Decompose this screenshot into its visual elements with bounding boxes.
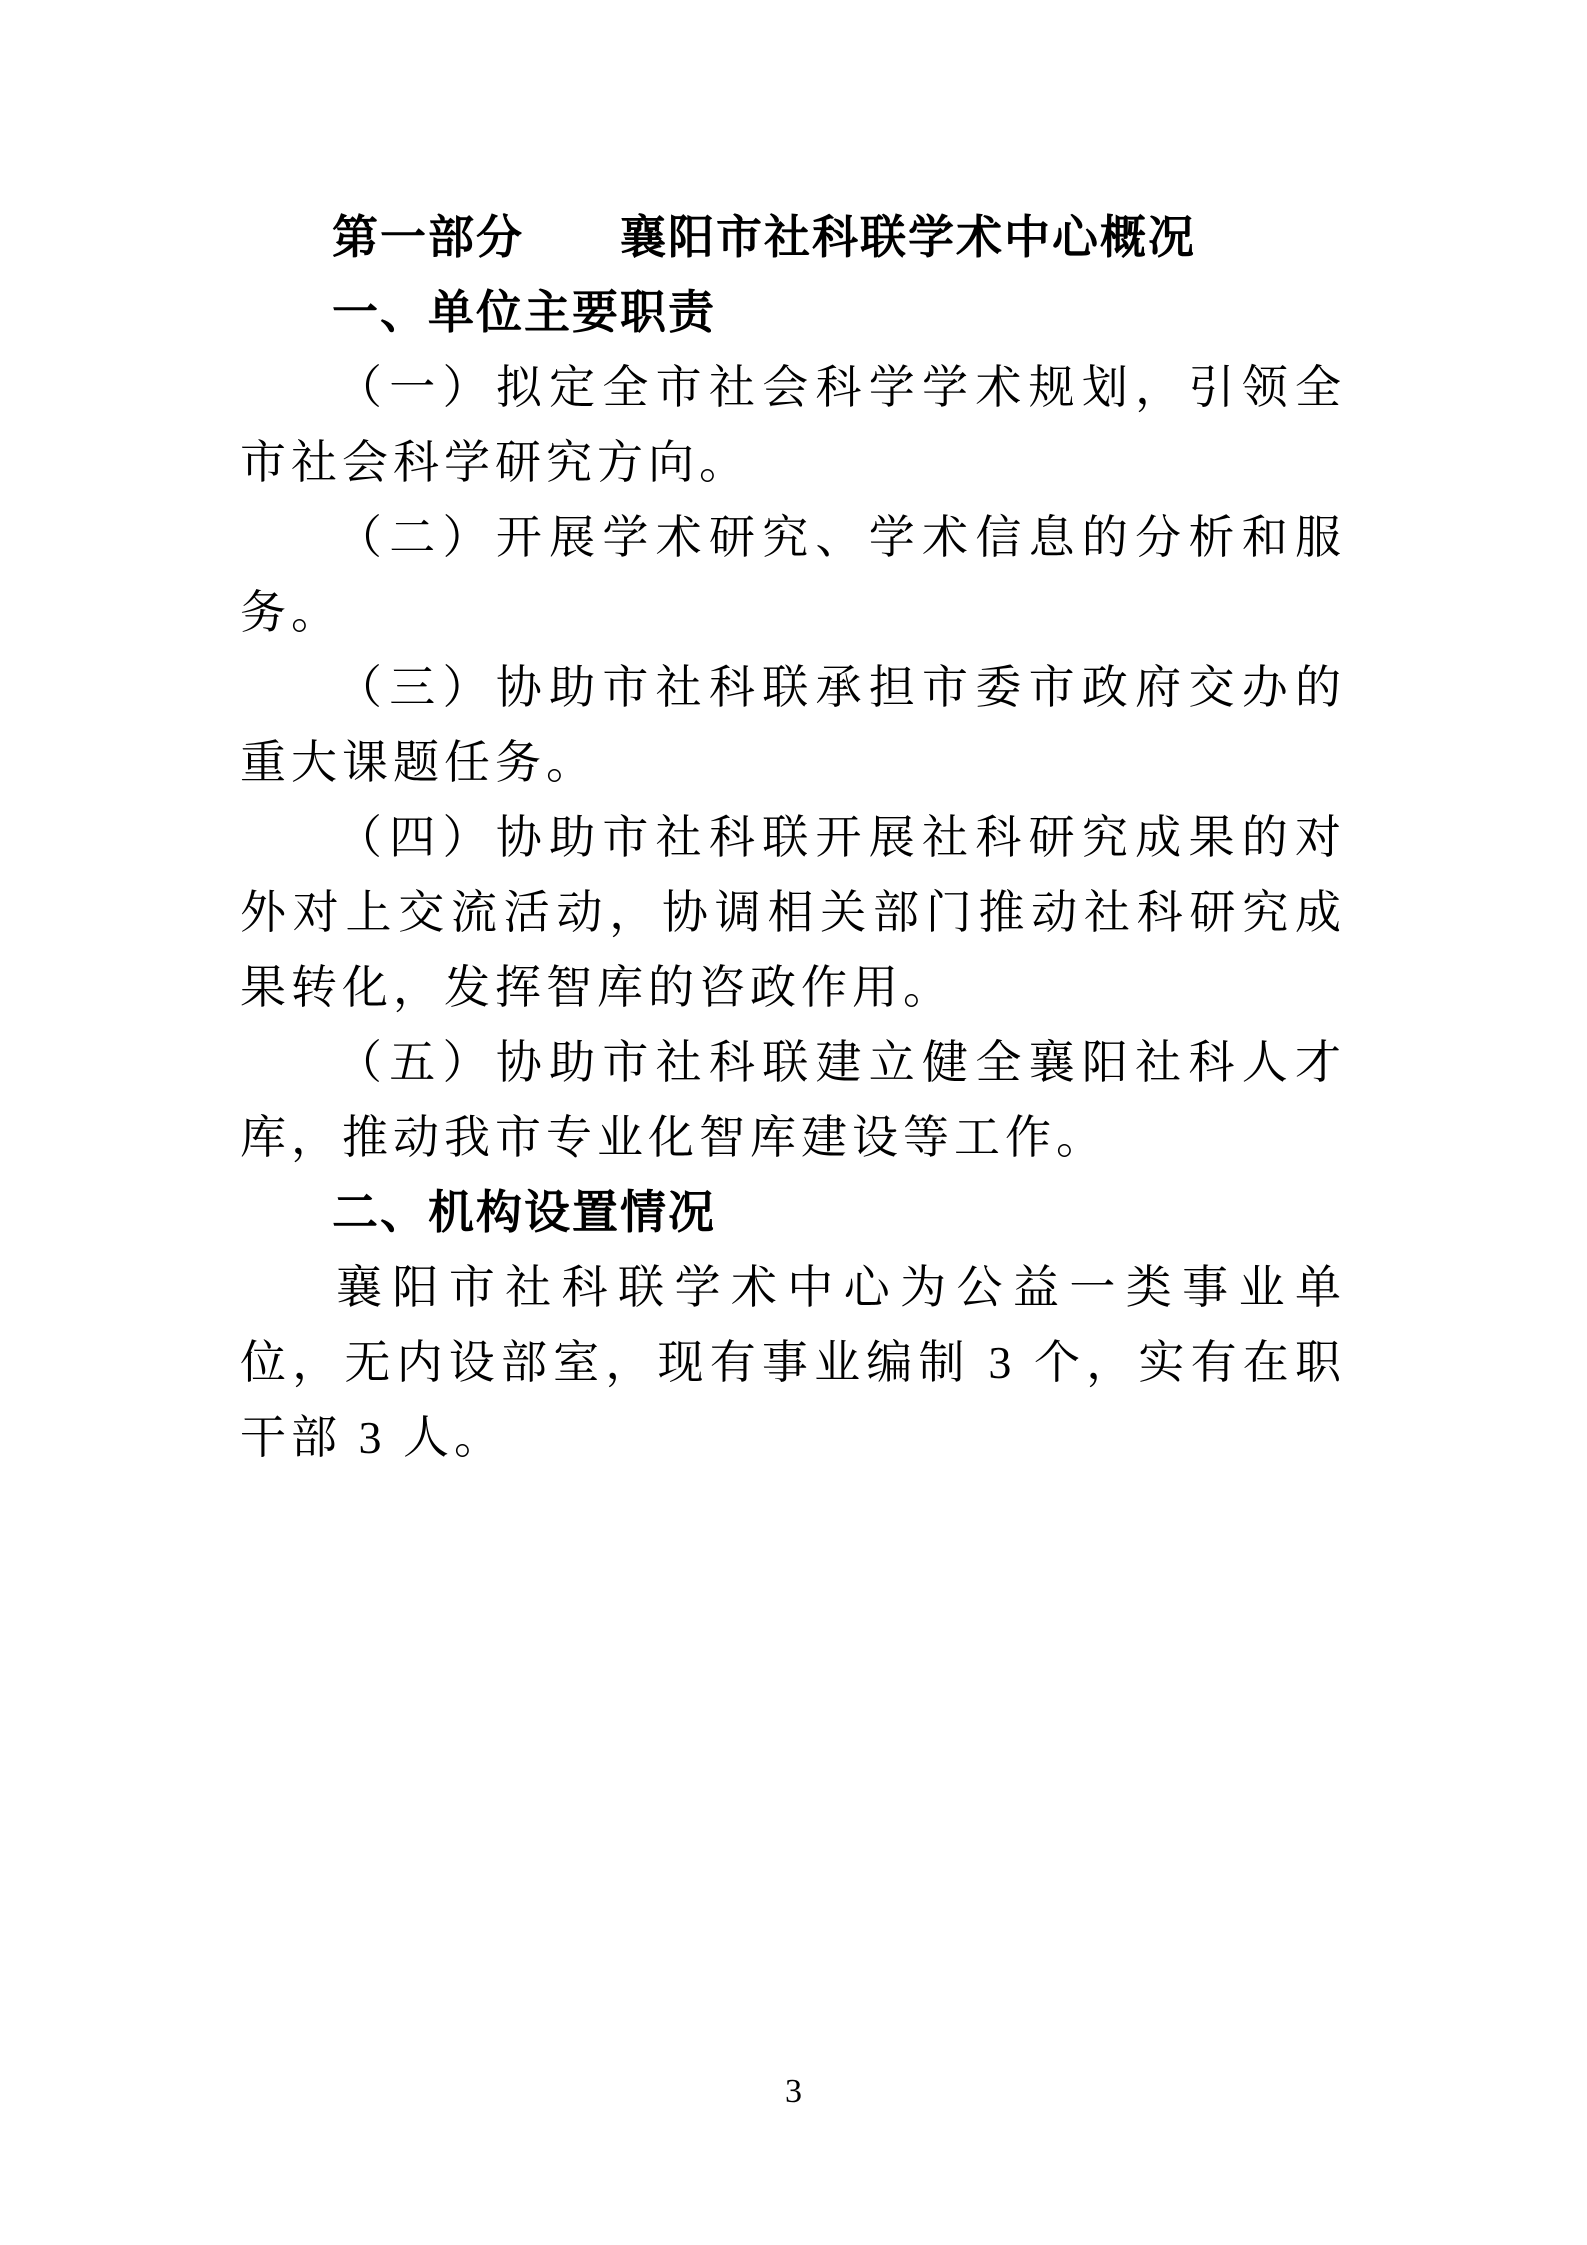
paragraph-duty-1: （一）拟定全市社会科学学术规划，引领全市社会科学研究方向。 xyxy=(240,350,1346,500)
section-2-heading: 二、机构设置情况 xyxy=(240,1175,1346,1250)
paragraph-duty-5: （五）协助市社科联建立健全襄阳社科人才库，推动我市专业化智库建设等工作。 xyxy=(240,1025,1346,1175)
document-content: 第一部分 襄阳市社科联学术中心概况 一、单位主要职责 （一）拟定全市社会科学学术… xyxy=(240,200,1346,1475)
page-number: 3 xyxy=(0,2072,1587,2112)
paragraph-duty-2: （二）开展学术研究、学术信息的分析和服务。 xyxy=(240,500,1346,650)
paragraph-organization: 襄阳市社科联学术中心为公益一类事业单位，无内设部室，现有事业编制 3 个，实有在… xyxy=(240,1250,1346,1475)
document-title: 第一部分 襄阳市社科联学术中心概况 xyxy=(240,200,1346,275)
section-1-heading: 一、单位主要职责 xyxy=(240,275,1346,350)
paragraph-duty-4: （四）协助市社科联开展社科研究成果的对外对上交流活动，协调相关部门推动社科研究成… xyxy=(240,800,1346,1025)
paragraph-duty-3: （三）协助市社科联承担市委市政府交办的重大课题任务。 xyxy=(240,650,1346,800)
document-page: 第一部分 襄阳市社科联学术中心概况 一、单位主要职责 （一）拟定全市社会科学学术… xyxy=(0,0,1587,2245)
